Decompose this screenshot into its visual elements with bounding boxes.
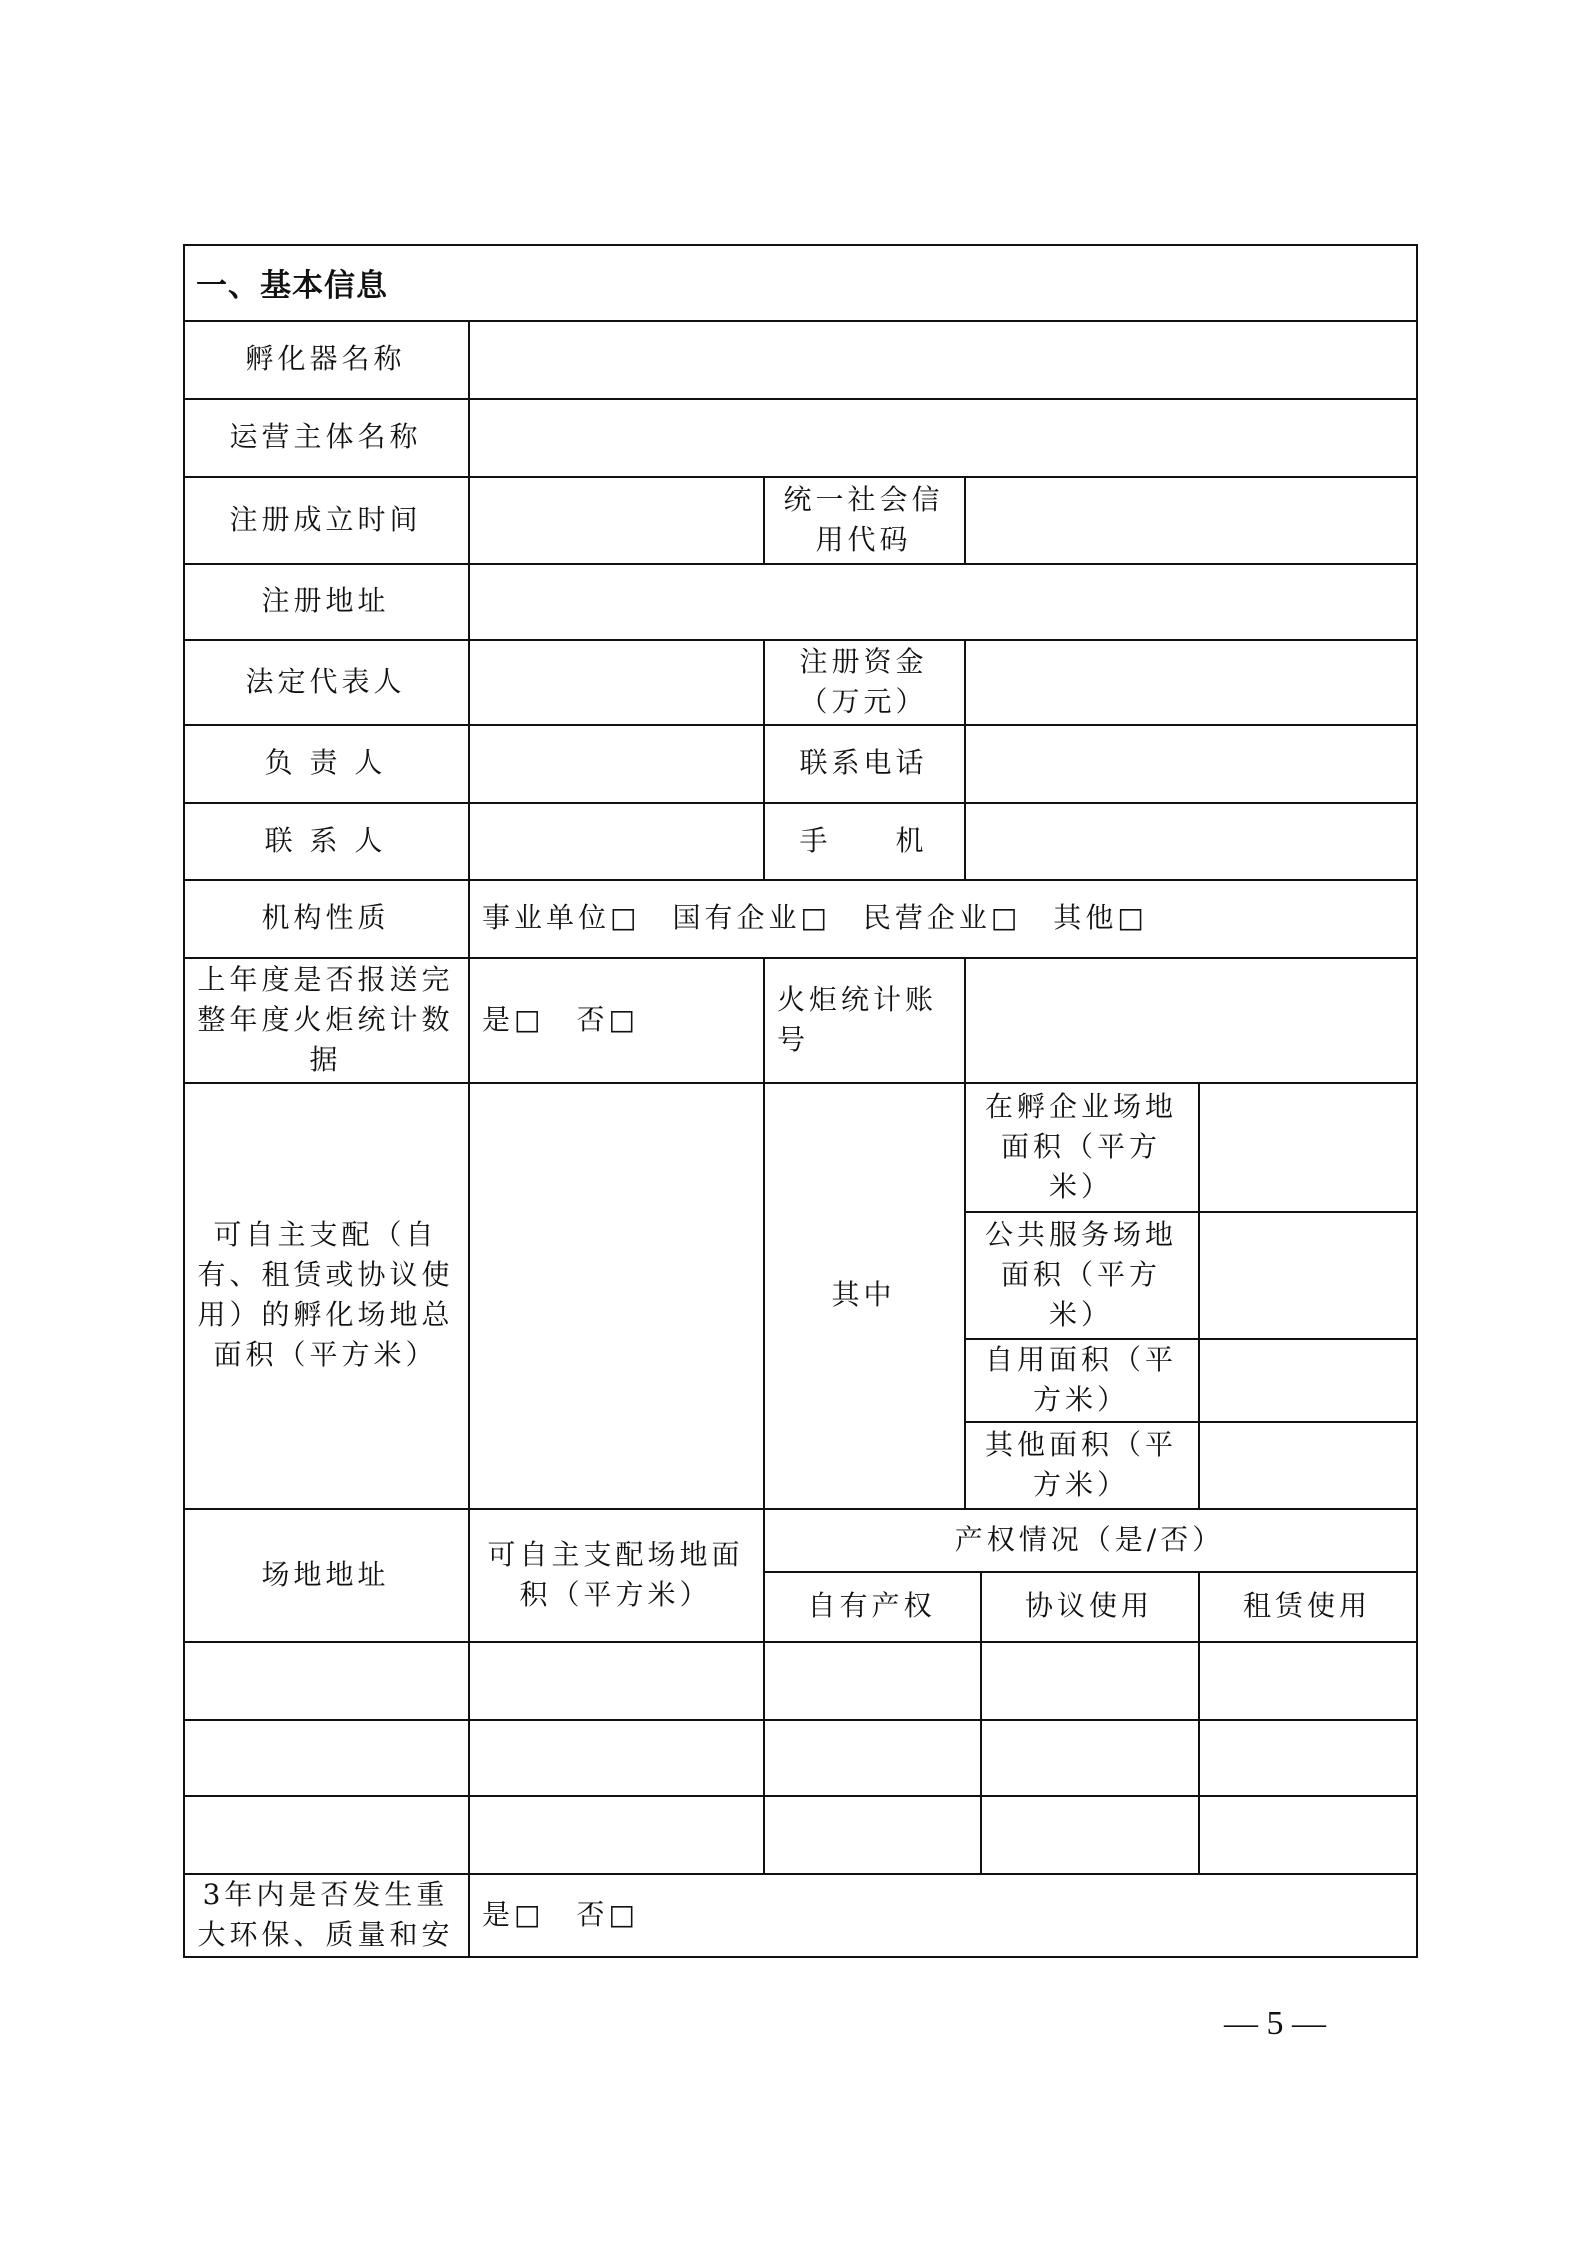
label-contact: 联 系 人 [183,802,468,879]
label-torch-report: 上年度是否报送完整年度火炬统计数据 [183,957,468,1082]
col-ownership: 产权情况（是/否） [763,1508,1416,1571]
incidents-checkboxes[interactable]: 是□ 否□ [468,1873,1416,1957]
col-leased: 租赁使用 [1198,1571,1416,1641]
label-phone: 联系电话 [763,724,964,802]
reg-date-field[interactable] [468,476,763,563]
label-incubating-area: 在孵企业场地面积（平方米） [964,1082,1198,1211]
reg-capital-field[interactable] [964,639,1416,724]
person-in-charge-field[interactable] [468,724,763,802]
leased-cell[interactable] [1198,1795,1416,1873]
label-mobile: 手 机 [763,802,964,879]
public-service-area-field[interactable] [1198,1211,1416,1338]
leased-cell[interactable] [1198,1719,1416,1795]
self-use-area-field[interactable] [1198,1338,1416,1421]
incubating-area-field[interactable] [1198,1082,1416,1211]
agreement-cell[interactable] [980,1795,1198,1873]
label-incidents: 3年内是否发生重大环保、质量和安 [183,1873,468,1957]
org-type-checkboxes[interactable]: 事业单位□ 国有企业□ 民营企业□ 其他□ [468,879,1416,957]
owned-cell[interactable] [763,1719,980,1795]
reg-address-field[interactable] [468,563,1416,639]
mobile-field[interactable] [964,802,1416,879]
label-credit-code: 统一社会信用代码 [763,476,964,563]
label-org-type: 机构性质 [183,879,468,957]
label-public-service-area: 公共服务场地面积（平方米） [964,1211,1198,1338]
operator-name-field[interactable] [468,398,1416,476]
contact-field[interactable] [468,802,763,879]
site-area-cell[interactable] [468,1719,763,1795]
total-area-field[interactable] [468,1082,763,1508]
label-person-in-charge: 负 责 人 [183,724,468,802]
other-area-field[interactable] [1198,1421,1416,1508]
label-operator-name: 运营主体名称 [183,398,468,476]
owned-cell[interactable] [763,1795,980,1873]
torch-account-field[interactable] [964,957,1416,1082]
credit-code-field[interactable] [964,476,1416,563]
site-area-cell[interactable] [468,1641,763,1719]
label-reg-date: 注册成立时间 [183,476,468,563]
label-total-area: 可自主支配（自有、租赁或协议使用）的孵化场地总面积（平方米） [183,1082,468,1508]
agreement-cell[interactable] [980,1719,1198,1795]
phone-field[interactable] [964,724,1416,802]
legal-rep-field[interactable] [468,639,763,724]
site-address-cell[interactable] [183,1641,468,1719]
site-area-cell[interactable] [468,1795,763,1873]
section-heading: 一、基本信息 [196,252,388,312]
label-incubator-name: 孵化器名称 [183,320,468,398]
page-number: — 5 — [1200,2005,1350,2043]
site-address-cell[interactable] [183,1795,468,1873]
label-legal-rep: 法定代表人 [183,639,468,724]
label-torch-account: 火炬统计账号 [763,957,964,1082]
site-address-cell[interactable] [183,1719,468,1795]
col-site-area: 可自主支配场地面积（平方米） [468,1508,763,1641]
label-reg-address: 注册地址 [183,563,468,639]
col-agreement: 协议使用 [980,1571,1198,1641]
label-of-which: 其中 [763,1082,964,1508]
col-owned: 自有产权 [763,1571,980,1641]
agreement-cell[interactable] [980,1641,1198,1719]
incubator-name-field[interactable] [468,320,1416,398]
col-site-address: 场地地址 [183,1508,468,1641]
label-other-area: 其他面积（平方米） [964,1421,1198,1508]
label-reg-capital: 注册资金（万元） [763,639,964,724]
leased-cell[interactable] [1198,1641,1416,1719]
label-self-use-area: 自用面积（平方米） [964,1338,1198,1421]
owned-cell[interactable] [763,1641,980,1719]
torch-report-checkboxes[interactable]: 是□ 否□ [468,957,763,1082]
